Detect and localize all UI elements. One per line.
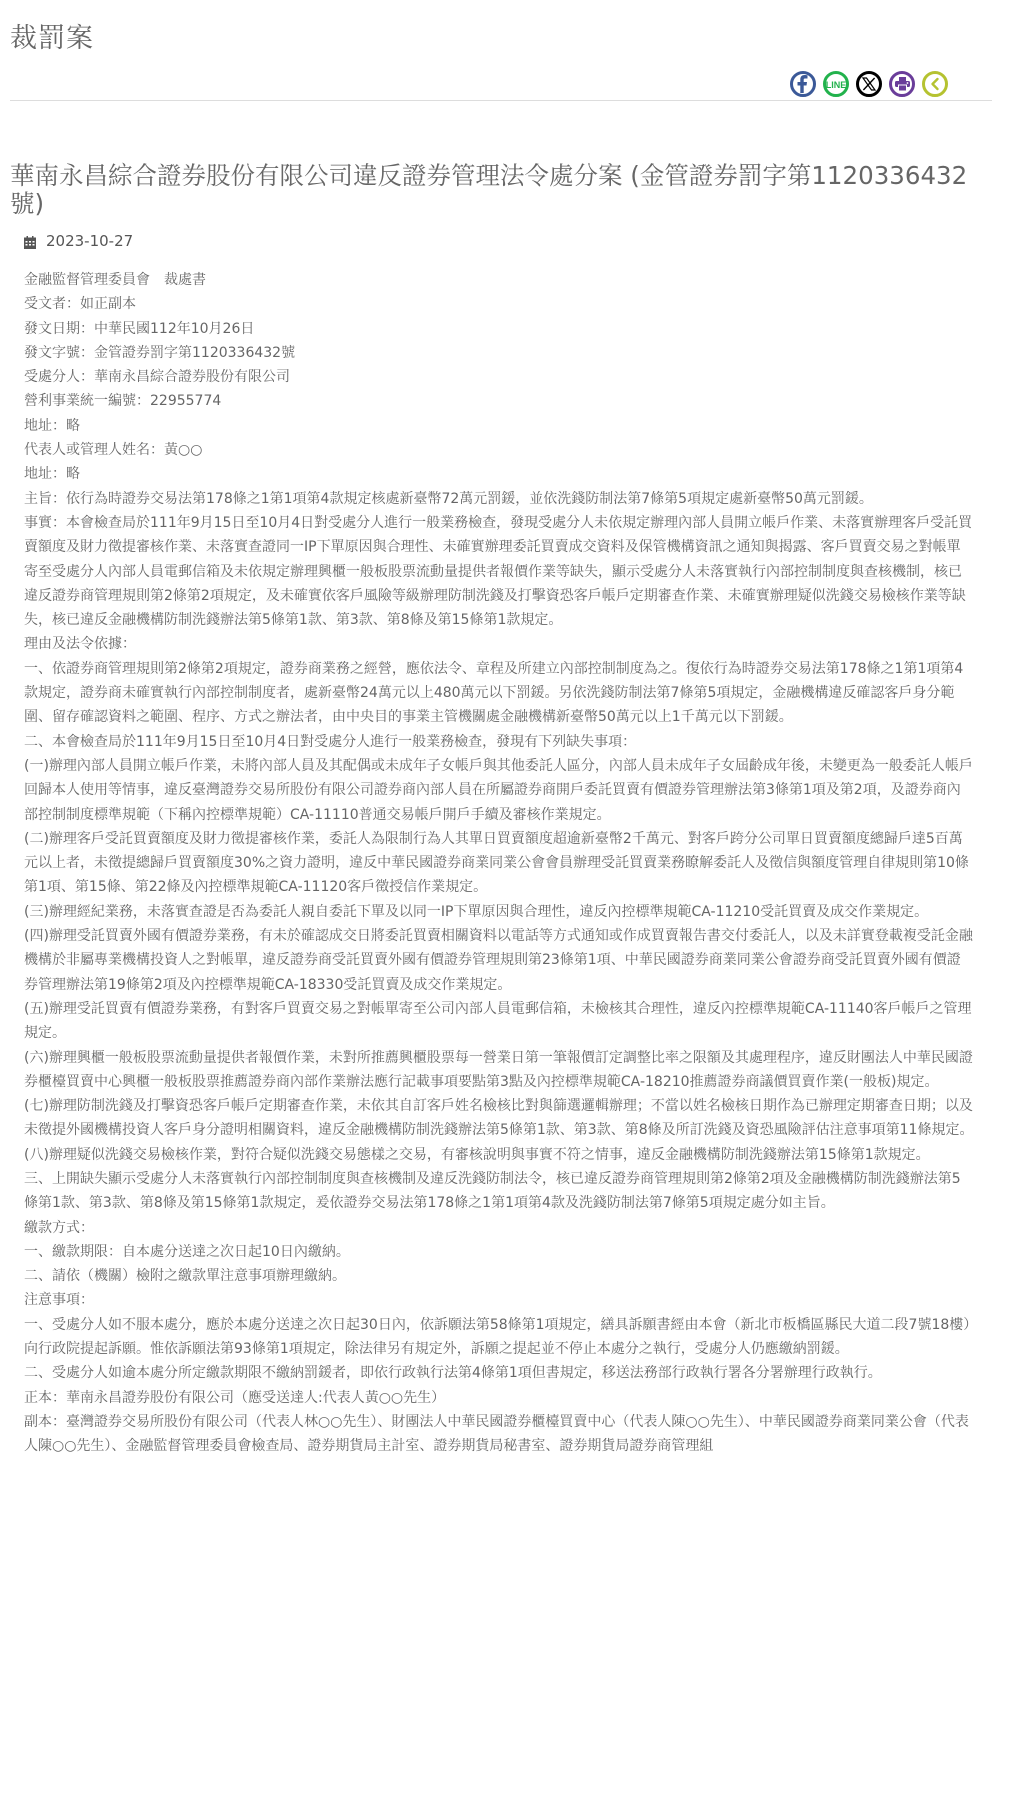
deficiency-7: (七)辦理防制洗錢及打擊資恐客戶帳戶定期審查作業，未依其自訂客戶姓名檢核比對與篩… <box>24 1094 974 1143</box>
article-title: 華南永昌綜合證券股份有限公司違反證券管理法令處分案 (金管證券罰字第112033… <box>10 162 970 218</box>
deficiency-4: (四)辦理受託買賣外國有價證券業務，有未於確認成交日將委託買賣相關資料以電話等方… <box>24 924 974 997</box>
line-icon: LINE <box>826 78 846 90</box>
print-button[interactable] <box>889 71 915 97</box>
share-x-button[interactable] <box>856 71 882 97</box>
payment-method-heading: 繳款方式： <box>24 1216 974 1240</box>
original-copy-recipient: 正本：華南永昌證券股份有限公司（應受送達人:代表人黃○○先生） <box>24 1386 974 1410</box>
section-title: 裁罰案 <box>10 16 94 55</box>
notes-item-1: 一、受處分人如不服本處分，應於本處分送達之次日起30日內，依訴願法第58條第1項… <box>24 1313 974 1362</box>
deficiency-1: (一)辦理內部人員開立帳戶作業，未將內部人員及其配偶或未成年子女帳戶與其他委託人… <box>24 754 974 827</box>
address: 地址：略 <box>24 414 974 438</box>
deficiency-2: (二)辦理客戶受託買賣額度及財力徵提審核作業，委託人為限制行為人其單日買賣額度超… <box>24 827 974 900</box>
subject: 主旨：依行為時證券交易法第178條之1第1項第4款規定核處新臺幣72萬元罰鍰，並… <box>24 487 974 511</box>
deficiency-8: (八)辦理疑似洗錢交易檢核作業，對符合疑似洗錢交易態樣之交易，有審核說明與事實不… <box>24 1143 974 1167</box>
deficiency-6: (六)辦理興櫃一般板股票流動量提供者報價作業，未對所推薦興櫃股票每一營業日第一筆… <box>24 1046 974 1095</box>
notes-item-2: 二、受處分人如逾本處分所定繳款期限不繳納罰鍰者，即依行政執行法第4條第1項但書規… <box>24 1361 974 1385</box>
publish-date-row: 2023-10-27 <box>24 232 133 250</box>
document-body: 金融監督管理委員會 裁處書 受文者：如正副本 發文日期：中華民國112年10月2… <box>24 268 974 1459</box>
document-number: 發文字號：金管證券罰字第1120336432號 <box>24 341 974 365</box>
representative-address: 地址：略 <box>24 462 974 486</box>
legal-basis-item-3: 三、上開缺失顯示受處分人未落實執行內部控制制度與查核機制及違反洗錢防制法令，核已… <box>24 1167 974 1216</box>
deficiency-5: (五)辦理受託買賣有價證券業務，有對客戶買賣交易之對帳單寄至公司內部人員電郵信箱… <box>24 997 974 1046</box>
header-divider <box>10 100 992 101</box>
deficiency-3: (三)辦理經紀業務，未落實查證是否為委託人親自委託下單及以同一IP下單原因與合理… <box>24 900 974 924</box>
share-facebook-button[interactable] <box>790 71 816 97</box>
sanctioned-party: 受處分人：華南永昌綜合證券股份有限公司 <box>24 365 974 389</box>
legal-basis-item-1: 一、依證券商管理規則第2條第2項規定，證券商業務之經營，應依法令、章程及所建立內… <box>24 657 974 730</box>
representative: 代表人或管理人姓名：黃○○ <box>24 438 974 462</box>
legal-basis-item-2: 二、本會檢查局於111年9月15日至10月4日對受處分人進行一般業務檢查，發現有… <box>24 730 974 754</box>
x-icon <box>862 77 876 91</box>
facts: 事實：本會檢查局於111年9月15日至10月4日對受處分人進行一般業務檢查，發現… <box>24 511 974 632</box>
notes-heading: 注意事項： <box>24 1288 974 1312</box>
share-line-button[interactable]: LINE <box>823 71 849 97</box>
payment-item-2: 二、請依（機關）檢附之繳款單注意事項辦理繳納。 <box>24 1264 974 1288</box>
carbon-copy-recipients: 副本：臺灣證券交易所股份有限公司（代表人林○○先生）、財團法人中華民國證券櫃檯買… <box>24 1410 974 1459</box>
issue-date: 發文日期：中華民國112年10月26日 <box>24 317 974 341</box>
facebook-icon <box>796 75 810 93</box>
doc-heading: 金融監督管理委員會 裁處書 <box>24 268 974 292</box>
page-header: 裁罰案 LINE <box>0 0 1022 102</box>
recipient: 受文者：如正副本 <box>24 292 974 316</box>
publish-date: 2023-10-27 <box>46 232 133 250</box>
back-button[interactable] <box>922 71 948 97</box>
print-icon <box>895 77 910 91</box>
share-bar: LINE <box>790 71 948 97</box>
payment-item-1: 一、繳款期限：自本處分送達之次日起10日內繳納。 <box>24 1240 974 1264</box>
svg-text:LINE: LINE <box>826 80 846 90</box>
calendar-icon <box>24 235 36 248</box>
business-id: 營利事業統一編號：22955774 <box>24 389 974 413</box>
back-icon <box>929 77 941 91</box>
legal-basis-heading: 理由及法令依據： <box>24 632 974 656</box>
